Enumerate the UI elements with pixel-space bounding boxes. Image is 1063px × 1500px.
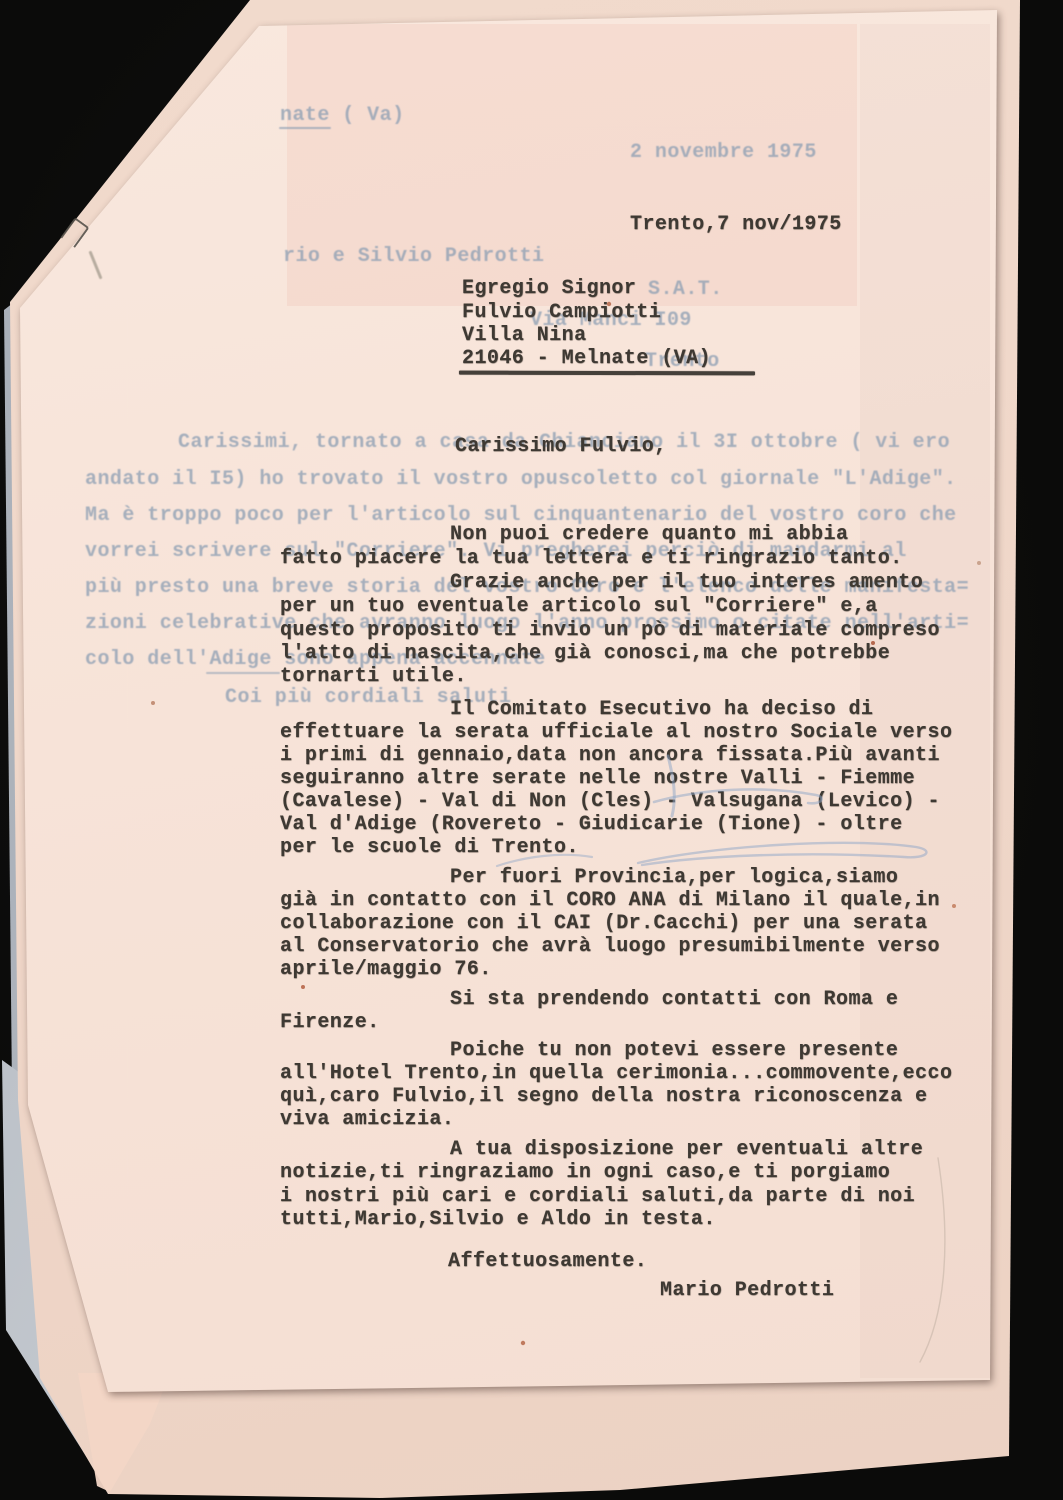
letter-sheet-wrap: nate ( Va)2 novembre 1975rio e Silvio Pe… [0, 0, 1063, 1500]
typed-text-line: per un tuo eventuale articolo sul "Corri… [280, 597, 878, 617]
typed-text-line: al Conservatorio che avrà luogo presumib… [280, 937, 940, 957]
typed-text-line: Non puoi credere quanto mi abbia [450, 525, 848, 545]
typed-text-line: Villa Nina [462, 326, 587, 346]
ghost-text-line: S.A.T. [648, 280, 723, 300]
typed-text-line: Il Comitato Esecutivo ha deciso di [450, 700, 873, 720]
typed-text-line: Affettuosamente. [448, 1252, 647, 1272]
typed-text-line: notizie,ti ringraziamo in ogni caso,e ti… [280, 1163, 890, 1183]
typed-text-line: già in contatto con il CORO ANA di Milan… [280, 891, 940, 911]
ghost-text-line: andato il I5) ho trovato il vostro opusc… [85, 470, 957, 490]
typed-text-line: Grazie anche per il tuo interes amento [450, 573, 923, 593]
typed-text-line: i nostri più cari e cordiali saluti,da p… [280, 1187, 915, 1207]
typed-text-line: Mario Pedrotti [660, 1281, 834, 1301]
ghost-text-line: nate ( Va) [280, 106, 405, 126]
typed-text-line: Poiche tu non potevi essere presente [450, 1041, 898, 1061]
typed-text-line: tornarti utile. [280, 667, 467, 687]
typed-text-line: seguiranno altre serate nelle nostre Val… [280, 769, 915, 789]
typed-text-line: i primi di gennaio,data non ancora fissa… [280, 746, 940, 766]
paper-specks [0, 0, 2, 2]
ghost-text-line: rio e Silvio Pedrotti [283, 247, 545, 267]
typed-text-line: A tua disposizione per eventuali altre [450, 1140, 923, 1160]
typed-text-line: effettuare la serata ufficiale al nostro… [280, 723, 952, 743]
typed-text-line: viva amicizia. [280, 1110, 454, 1130]
typed-text-line: all'Hotel Trento,in quella cerimonia...c… [280, 1064, 952, 1084]
typed-text-line: per le scuole di Trento. [280, 838, 579, 858]
typed-text-line: quì,caro Fulvio,il segno della nostra ri… [280, 1087, 928, 1107]
typed-text-line: 21046 - Melnate (VA) [462, 349, 711, 369]
typed-text-line: l'atto di nascita,che già conosci,ma che… [280, 644, 890, 664]
typed-text-line: fatto piacere la tua lettera e ti ringra… [280, 549, 903, 569]
typed-text-line: (Cavalese) - Val di Non (Cles) - Valsuga… [280, 792, 940, 812]
typed-text-line: aprile/maggio 76. [280, 960, 492, 980]
typed-text-line: Egregio Signor [462, 279, 636, 299]
letter-sheet: nate ( Va)2 novembre 1975rio e Silvio Pe… [0, 0, 1063, 1500]
typed-text-line: tutti,Mario,Silvio e Aldo in testa. [280, 1210, 716, 1230]
address-underline [459, 371, 755, 375]
typed-text-line: Val d'Adige (Rovereto - Giudicarie (Tion… [280, 815, 903, 835]
ghost-underline-adige [206, 672, 280, 674]
typed-text-line: Per fuori Provincia,per logica,siamo [450, 868, 898, 888]
typed-text-line: Si sta prendendo contatti con Roma e [450, 990, 898, 1010]
scanned-letter-page: nate ( Va)2 novembre 1975rio e Silvio Pe… [0, 0, 1063, 1500]
typed-text-line: questo proposito ti invio un pò di mater… [280, 621, 940, 641]
typed-text-line: collaborazione con il CAI (Dr.Cacchi) pe… [280, 914, 928, 934]
ghost-text-line: 2 novembre 1975 [630, 143, 817, 163]
typed-text-line: Fulvio Campiotti [462, 303, 661, 323]
typed-text-line: Carissimo Fulvio, [455, 437, 667, 457]
typed-text-line: Trento,7 nov/1975 [630, 215, 842, 235]
typed-text-line: Firenze. [280, 1013, 380, 1033]
